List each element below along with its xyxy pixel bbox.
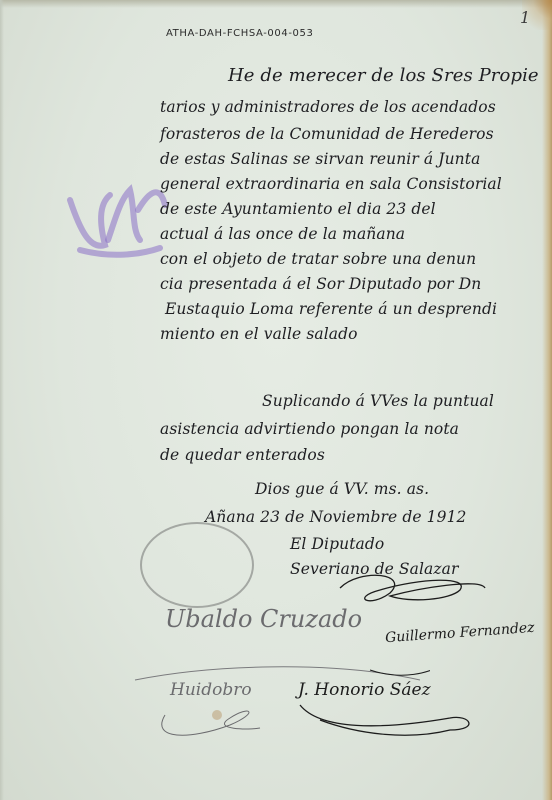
valediction: Dios gue á VV. ms. as.: [255, 480, 429, 498]
paper-edge-top: [0, 0, 552, 8]
body-line-6: de este Ayuntamiento el dia 23 del: [160, 200, 436, 218]
closing-line-3: de quedar enterados: [160, 446, 325, 464]
signature-huidobro: Huidobro: [170, 680, 252, 700]
oval-seal: [140, 522, 254, 608]
signatory-title: El Diputado: [290, 535, 384, 553]
page-number: 1: [520, 8, 530, 27]
purple-stamp-icon: [60, 170, 170, 260]
signature-honorio-saez: J. Honorio Sáez: [298, 680, 431, 700]
body-line-5: general extraordinaria en sala Consistor…: [160, 175, 502, 193]
body-line-9: cia presentada á el Sor Diputado por Dn: [160, 275, 481, 293]
body-line-2: tarios y administradores de los acendado…: [160, 98, 496, 116]
closing-line-2: asistencia advirtiendo pongan la nota: [160, 420, 459, 438]
signature-guillermo-fernandez: Guillermo Fernandez: [385, 620, 535, 646]
body-line-11: miento en el valle salado: [160, 325, 358, 343]
signature-flourish-icon: [330, 568, 490, 608]
paper-edge-left: [0, 0, 4, 800]
body-line-3: forasteros de la Comunidad de Herederos: [160, 125, 494, 143]
paper-edge-right: [542, 0, 552, 800]
body-line-1: He de merecer de los Sres Propie: [228, 65, 539, 86]
closing-line-1: Suplicando á VVes la puntual: [262, 392, 494, 410]
body-line-7: actual á las once de la mañana: [160, 225, 405, 243]
body-line-4: de estas Salinas se sirvan reunir á Junt…: [160, 150, 480, 168]
signature-flourish-bottom-icon: [150, 700, 490, 750]
date-line: Añana 23 de Noviembre de 1912: [205, 508, 467, 526]
archive-code: ATHA-DAH-FCHSA-004-053: [166, 28, 313, 39]
ink-stain: [212, 710, 222, 720]
body-line-8: con el objeto de tratar sobre una denun: [160, 250, 476, 268]
body-line-10: Eustaquio Loma referente á un desprendi: [165, 300, 497, 318]
signature-ubaldo-cruzado: Ubaldo Cruzado: [165, 605, 362, 633]
document-page: 1 ATHA-DAH-FCHSA-004-053 He de merecer d…: [0, 0, 552, 800]
